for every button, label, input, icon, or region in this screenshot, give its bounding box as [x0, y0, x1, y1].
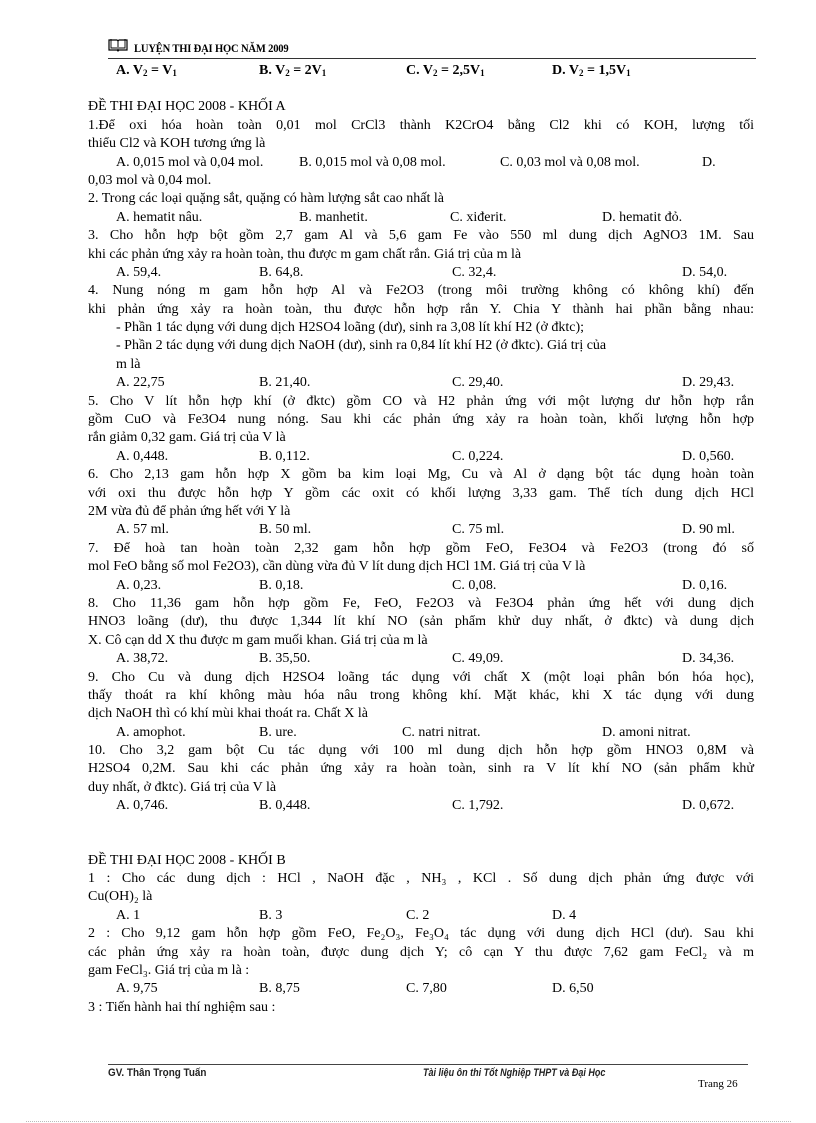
- option-b: B. 21,40.: [259, 374, 310, 392]
- option-a: A. 9,75: [116, 980, 158, 998]
- question-b2-line-1: 2 : Cho 9,12 gam hỗn hợp gồm FeO, Fe₂O₃,…: [88, 925, 754, 943]
- option-b: B. 64,8.: [259, 264, 303, 282]
- open-book-icon: [108, 38, 128, 52]
- question-9-line-3: dịch NaOH thì có khí mùi khai thoát ra. …: [88, 705, 754, 723]
- option-d: D. 29,43.: [682, 374, 734, 392]
- option-c: C. xiđerit.: [450, 209, 506, 227]
- question-4-line-2: khi phản ứng xảy ra hoàn toàn, thu được …: [88, 301, 754, 319]
- option-c: C. 1,792.: [452, 797, 503, 815]
- option-d: D.: [702, 154, 716, 172]
- question-5-line-3: rắn giảm 0,32 gam. Giá trị của V là: [88, 429, 754, 447]
- option-d: D. 4: [552, 907, 576, 925]
- option-c: C. natri nitrat.: [402, 724, 481, 742]
- question-b2-options: A. 9,75 B. 8,75 C. 7,80 D. 6,50: [88, 980, 754, 998]
- option-c: C. 2: [406, 907, 429, 925]
- option-c: C. 29,40.: [452, 374, 503, 392]
- footer-author: GV. Thân Trọng Tuấn: [108, 1067, 206, 1079]
- question-10-line-3: duy nhất, ở đktc). Giá trị của V là: [88, 779, 754, 797]
- option-a: A. 0,746.: [116, 797, 168, 815]
- question-4-part-2: - Phần 2 tác dụng với dung dịch NaOH (dư…: [88, 337, 754, 355]
- question-b1-line-1: 1 : Cho các dung dịch : HCl , NaOH đặc ,…: [88, 870, 754, 888]
- question-10-line-2: H2SO4 0,2M. Sau khi các phản ứng xảy ra …: [88, 760, 754, 778]
- option-d: D. hematit đỏ.: [602, 209, 682, 227]
- question-9-line-2: thấy thoát ra khí không màu hóa nâu tron…: [88, 687, 754, 705]
- option-b: B. ure.: [259, 724, 297, 742]
- option-d: D. V2 = 1,5V1: [552, 62, 631, 80]
- question-1-line-2: thiểu Cl2 và KOH tương ứng là: [88, 135, 754, 153]
- question-7-line-2: mol FeO bằng số mol Fe2O3), cần dùng vừa…: [88, 558, 754, 576]
- question-10-line-1: 10. Cho 3,2 gam bột Cu tác dụng với 100 …: [88, 742, 754, 760]
- option-a: A. 0,015 mol và 0,04 mol.: [116, 154, 263, 172]
- question-b3-line-1: 3 : Tiến hành hai thí nghiệm sau :: [88, 999, 754, 1017]
- prev-options-row: A. V2 = V1 B. V2 = 2V1 C. V2 = 2,5V1 D. …: [88, 62, 754, 80]
- option-c: C. 75 ml.: [452, 521, 504, 539]
- question-6-line-2: với oxi thu được hỗn hợp Y gồm các oxit …: [88, 485, 754, 503]
- option-b: B. 0,015 mol và 0,08 mol.: [299, 154, 446, 172]
- page-header: LUYỆN THI ĐẠI HỌC NĂM 2009: [108, 38, 756, 59]
- option-a: A. 57 ml.: [116, 521, 169, 539]
- option-a: A. hematit nâu.: [116, 209, 202, 227]
- question-4-options: A. 22,75 B. 21,40. C. 29,40. D. 29,43.: [88, 374, 754, 392]
- option-a: A. 38,72.: [116, 650, 168, 668]
- question-6-line-3: 2M vừa đủ để phản ứng hết với Y là: [88, 503, 754, 521]
- question-8-line-2: HNO3 loãng (dư), thu được 1,344 lít khí …: [88, 613, 754, 631]
- question-b2-line-3: gam FeCl₃. Giá trị của m là :: [88, 962, 754, 980]
- option-a: A. amophot.: [116, 724, 186, 742]
- section-title-khoi-b: ĐỀ THI ĐẠI HỌC 2008 - KHỐI B: [88, 852, 754, 870]
- option-c: C. V2 = 2,5V1: [406, 62, 485, 80]
- option-a: A. V2 = V1: [116, 62, 177, 80]
- option-b: B. 0,18.: [259, 577, 303, 595]
- option-b: B. 0,112.: [259, 448, 310, 466]
- question-b1-line-2: Cu(OH)₂ là: [88, 888, 754, 906]
- option-d: D. 34,36.: [682, 650, 734, 668]
- footer-document-title: Tài liệu ôn thi Tốt Nghiệp THPT và Đại H…: [423, 1067, 605, 1079]
- option-d: D. 0,672.: [682, 797, 734, 815]
- question-1-line-1: 1.Để oxi hóa hoàn toàn 0,01 mol CrCl3 th…: [88, 117, 754, 135]
- question-8-line-3: X. Cô cạn dd X thu được m gam muối khan.…: [88, 632, 754, 650]
- header-title: LUYỆN THI ĐẠI HỌC NĂM 2009: [134, 41, 289, 56]
- option-d: D. amoni nitrat.: [602, 724, 691, 742]
- question-6-options: A. 57 ml. B. 50 ml. C. 75 ml. D. 90 ml.: [88, 521, 754, 539]
- option-c: C. 32,4.: [452, 264, 496, 282]
- question-4-part-1: - Phần 1 tác dụng với dung dịch H2SO4 lo…: [88, 319, 754, 337]
- question-4-line-1: 4. Nung nóng m gam hỗn hợp Al và Fe2O3 (…: [88, 282, 754, 300]
- question-3-options: A. 59,4. B. 64,8. C. 32,4. D. 54,0.: [88, 264, 754, 282]
- question-10-options: A. 0,746. B. 0,448. C. 1,792. D. 0,672.: [88, 797, 754, 815]
- option-a: A. 22,75: [116, 374, 165, 392]
- question-5-options: A. 0,448. B. 0,112. C. 0,224. D. 0,560.: [88, 448, 754, 466]
- page-footer: GV. Thân Trọng Tuấn Tài liệu ôn thi Tốt …: [108, 1064, 748, 1065]
- option-c: C. 0,224.: [452, 448, 503, 466]
- section-title-khoi-a: ĐỀ THI ĐẠI HỌC 2008 - KHỐI A: [88, 98, 754, 116]
- option-c: C. 0,08.: [452, 577, 496, 595]
- option-d: D. 0,16.: [682, 577, 727, 595]
- spacer: [88, 80, 754, 98]
- page-edge-divider: [26, 1121, 791, 1122]
- question-2-line-1: 2. Trong các loại quặng sắt, quặng có hà…: [88, 190, 754, 208]
- question-9-options: A. amophot. B. ure. C. natri nitrat. D. …: [88, 724, 754, 742]
- option-b: B. 0,448.: [259, 797, 310, 815]
- question-4-part-3: m là: [88, 356, 754, 374]
- document-page: LUYỆN THI ĐẠI HỌC NĂM 2009 A. V2 = V1 B.…: [0, 0, 816, 1123]
- question-3-line-2: khi các phản ứng xảy ra hoàn toàn, thu đ…: [88, 246, 754, 264]
- option-b: B. 3: [259, 907, 282, 925]
- option-b: B. 50 ml.: [259, 521, 311, 539]
- option-b: B. 35,50.: [259, 650, 310, 668]
- option-d: D. 90 ml.: [682, 521, 735, 539]
- spacer: [88, 816, 754, 852]
- question-8-line-1: 8. Cho 11,36 gam hỗn hợp gồm Fe, FeO, Fe…: [88, 595, 754, 613]
- option-d: D. 6,50: [552, 980, 594, 998]
- option-b: B. 8,75: [259, 980, 300, 998]
- option-c: C. 49,09.: [452, 650, 503, 668]
- document-body: A. V2 = V1 B. V2 = 2V1 C. V2 = 2,5V1 D. …: [88, 62, 754, 1017]
- question-5-line-1: 5. Cho V lít hỗn hợp khí (ở đktc) gồm CO…: [88, 393, 754, 411]
- question-3-line-1: 3. Cho hỗn hợp bột gồm 2,7 gam Al và 5,6…: [88, 227, 754, 245]
- question-2-options: A. hematit nâu. B. manhetit. C. xiđerit.…: [88, 209, 754, 227]
- question-1-option-d-overflow: 0,03 mol và 0,04 mol.: [88, 172, 754, 190]
- page-number: Trang 26: [698, 1078, 738, 1090]
- option-a: A. 1: [116, 907, 140, 925]
- question-1-options: A. 0,015 mol và 0,04 mol. B. 0,015 mol v…: [88, 154, 754, 172]
- question-8-options: A. 38,72. B. 35,50. C. 49,09. D. 34,36.: [88, 650, 754, 668]
- question-5-line-2: gồm CuO và Fe3O4 nung nóng. Sau khi các …: [88, 411, 754, 429]
- option-c: C. 0,03 mol và 0,08 mol.: [500, 154, 640, 172]
- option-a: A. 59,4.: [116, 264, 161, 282]
- question-7-line-1: 7. Để hoà tan hoàn toàn 2,32 gam hỗn hợp…: [88, 540, 754, 558]
- question-9-line-1: 9. Cho Cu và dung dịch H2SO4 loãng tác d…: [88, 669, 754, 687]
- option-c: C. 7,80: [406, 980, 447, 998]
- question-b1-options: A. 1 B. 3 C. 2 D. 4: [88, 907, 754, 925]
- option-d: D. 0,560.: [682, 448, 734, 466]
- question-b2-line-2: các phản ứng xảy ra hoàn toàn, được dung…: [88, 944, 754, 962]
- question-7-options: A. 0,23. B. 0,18. C. 0,08. D. 0,16.: [88, 577, 754, 595]
- option-a: A. 0,448.: [116, 448, 168, 466]
- question-6-line-1: 6. Cho 2,13 gam hỗn hợp X gồm ba kim loạ…: [88, 466, 754, 484]
- option-b: B. V2 = 2V1: [259, 62, 326, 80]
- option-a: A. 0,23.: [116, 577, 161, 595]
- option-b: B. manhetit.: [299, 209, 368, 227]
- option-d: D. 54,0.: [682, 264, 727, 282]
